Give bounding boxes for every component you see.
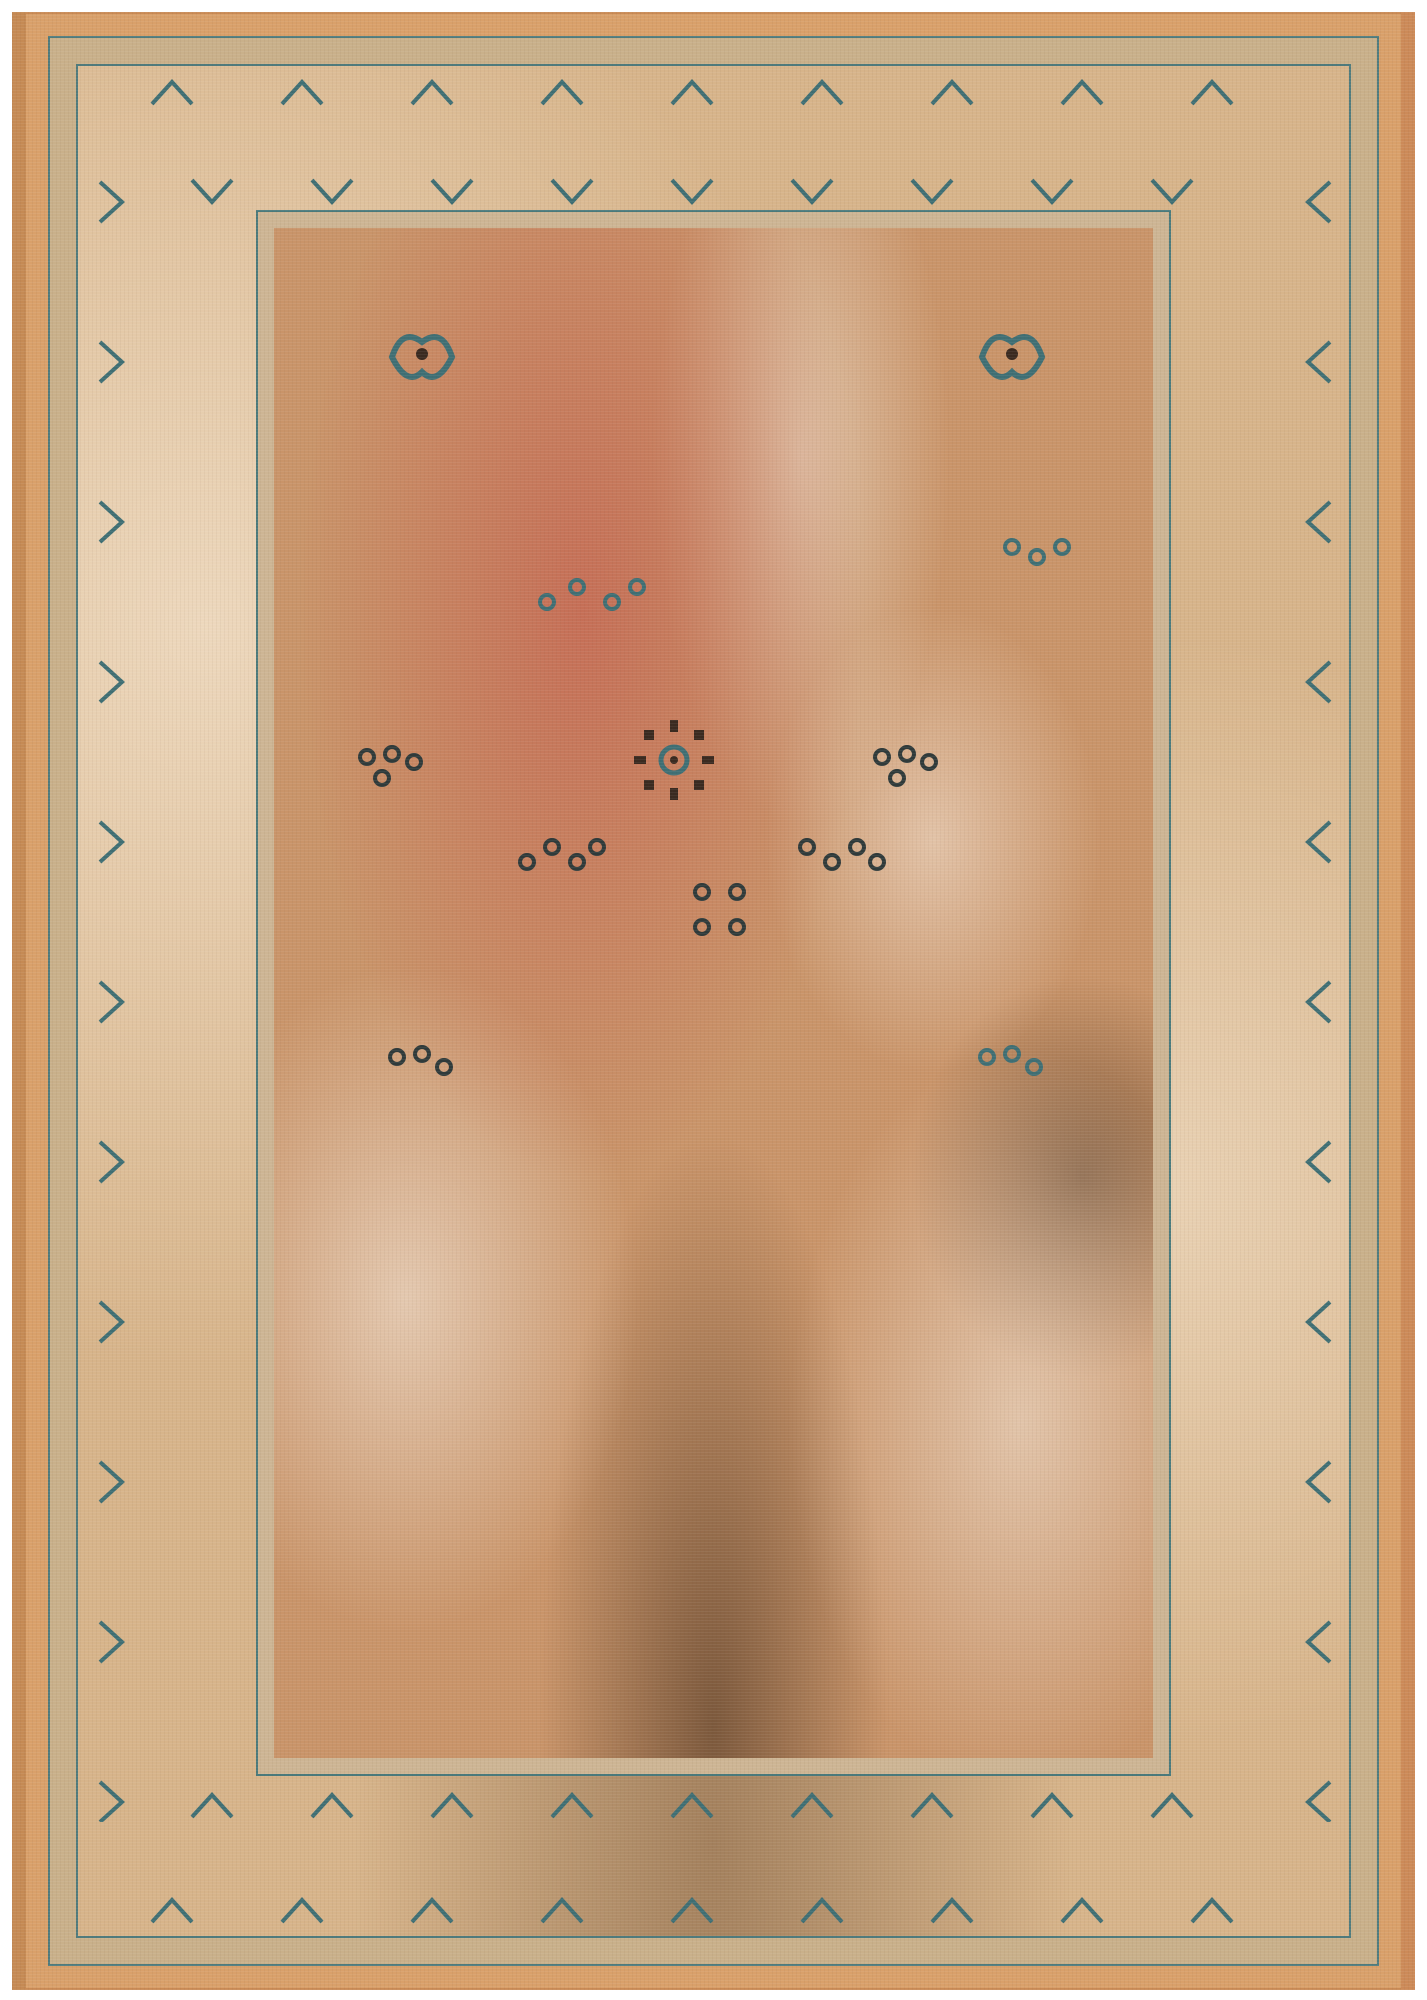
floral-spray xyxy=(352,742,432,792)
floral-spray xyxy=(682,872,762,952)
floral-spray xyxy=(512,832,612,892)
rug xyxy=(12,12,1415,1990)
floral-spray xyxy=(972,1042,1052,1092)
palmette xyxy=(972,322,1052,392)
border-motif-column-right xyxy=(1300,172,1340,1826)
border-motif-column-left xyxy=(92,172,132,1826)
floral-spray xyxy=(997,532,1087,582)
floral-spray xyxy=(867,742,947,792)
floral-spray xyxy=(382,1042,462,1092)
central-medallion xyxy=(624,710,724,810)
palmette xyxy=(382,322,462,392)
border-motif-row-inner-top xyxy=(182,172,1252,216)
border-motif-row-bottom xyxy=(142,1892,1292,1936)
rug-field xyxy=(274,228,1153,1758)
border-motif-row-inner-bottom xyxy=(182,1787,1252,1831)
border-motif-row-top xyxy=(142,74,1292,118)
floral-spray xyxy=(532,572,652,632)
floral-spray xyxy=(792,832,892,892)
